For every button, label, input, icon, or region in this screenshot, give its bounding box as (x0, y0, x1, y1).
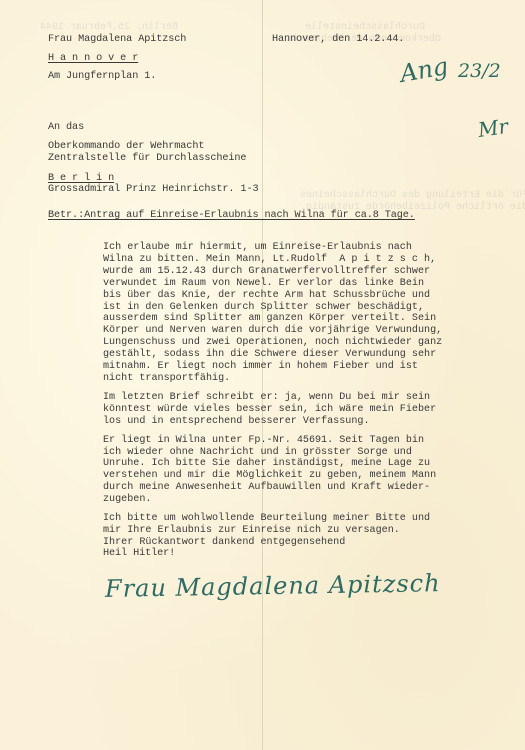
bleed-through-text: Berlin, 25.Februar 1944 (40, 22, 178, 34)
recipient-salutation: An das (48, 122, 84, 134)
sender-street: Am Jungfernplan 1. (48, 71, 156, 83)
paragraph-1: Ich erlaube mir hiermit, um Einreise-Erl… (103, 242, 483, 385)
handwritten-paraph: Mr (476, 114, 509, 142)
sender-city: H a n n o v e r (48, 53, 138, 65)
paragraph-3: Er liegt in Wilna unter Fp.-Nr. 45691. S… (103, 435, 483, 506)
paragraph-2: Im letzten Brief schreibt er: ja, wenn D… (103, 392, 483, 428)
subject-line: Betr.:Antrag auf Einreise-Erlaubnis nach… (48, 210, 415, 222)
recipient-street: Grossadmiral Prinz Heinrichstr. 1-3 (48, 184, 258, 196)
letter-body: Ich erlaube mir hiermit, um Einreise-Erl… (103, 242, 483, 556)
bleed-through-text: Durchlasscheinstelle (305, 22, 425, 34)
handwritten-date: 23/2 (458, 60, 501, 82)
paragraph-4: Ich bitte um wohlwollende Beurteilung me… (103, 513, 483, 549)
bleed-through-text: zurückgesandt. Für die Erteilung des Dur… (300, 190, 525, 202)
recipient-line2: Zentralstelle für Durchlasscheine (48, 153, 246, 165)
closing: Heil Hitler! (103, 548, 175, 560)
sender-name: Frau Magdalena Apitzsch (48, 34, 186, 46)
place-date: Hannover, den 14.2.44. (272, 34, 404, 46)
recipient-line1: Oberkommando der Wehrmacht (48, 141, 204, 153)
handwritten-signature: Frau Magdalena Apitzsch (105, 569, 441, 603)
